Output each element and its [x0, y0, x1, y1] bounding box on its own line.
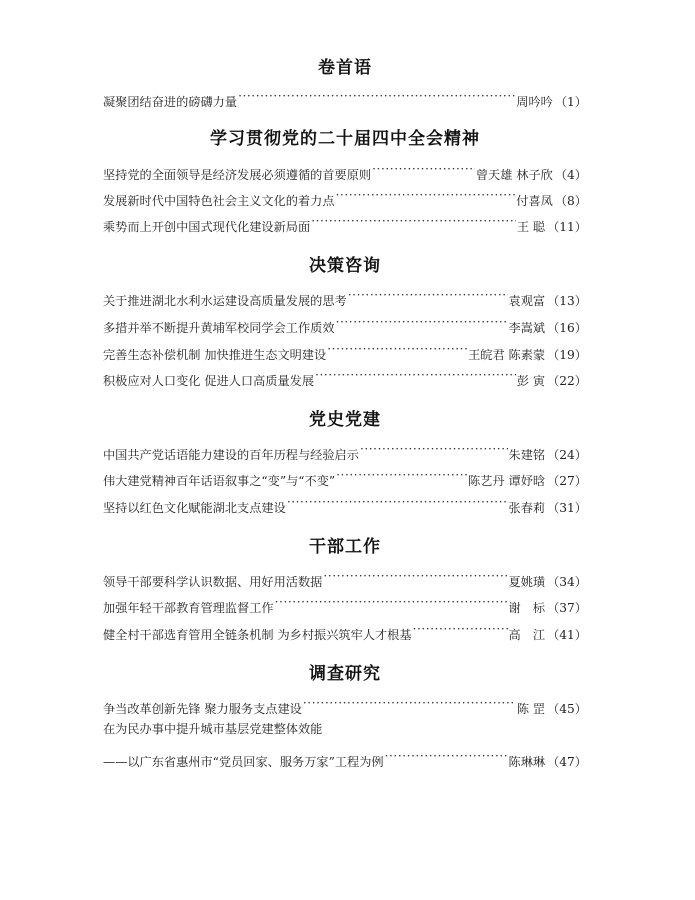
dot-leader: [315, 365, 516, 385]
entry-page: （8）: [555, 191, 587, 211]
toc-entry[interactable]: 关于推进湖北水利水运建设高质量发展的思考 袁观富 （13）: [103, 285, 587, 305]
toc-entry[interactable]: 伟大建党精神百年话语叙事之“变”与“不变” 陈艺丹 谭妤晗 （27）: [103, 465, 587, 485]
entry-author: 王皖君 陈素蒙: [468, 345, 545, 365]
entry-page: （31）: [547, 498, 587, 518]
dot-leader: [311, 211, 516, 231]
dot-leader: [238, 86, 515, 106]
entry-author: 陈艺丹 谭妤晗: [468, 471, 545, 491]
entry-page: （22）: [547, 371, 587, 391]
entry-title: 坚持以红色文化赋能湖北支点建设: [103, 498, 286, 518]
dot-leader: [360, 439, 508, 459]
section-heading-cadre-work: 干部工作: [103, 536, 587, 558]
entry-title: 凝聚团结奋进的磅礴力量: [103, 92, 237, 112]
dot-leader: [327, 339, 467, 359]
section-heading-fourth-plenum: 学习贯彻党的二十届四中全会精神: [103, 128, 587, 150]
toc-entry[interactable]: 中国共产党话语能力建设的百年历程与经验启示 朱建铭 （24）: [103, 439, 587, 459]
toc-entry[interactable]: 加强年轻干部教育管理监督工作 谢 标 （37）: [103, 592, 587, 612]
entry-author: 付喜凤: [516, 191, 553, 211]
entry-page: （24）: [547, 445, 587, 465]
section-heading-research: 调查研究: [103, 663, 587, 685]
entry-page: （37）: [547, 598, 587, 618]
toc-entry[interactable]: 争当改革创新先锋 聚力服务支点建设 陈 罡 （45）: [103, 693, 587, 713]
entry-subtitle: ——以广东省惠州市“党员回家、服务万家”工程为例: [103, 752, 384, 772]
entry-title: 伟大建党精神百年话语叙事之“变”与“不变”: [103, 471, 335, 491]
entry-title: 中国共产党话语能力建设的百年历程与经验启示: [103, 445, 359, 465]
toc-entry-subtitle-line[interactable]: ——以广东省惠州市“党员回家、服务万家”工程为例 陈琳琳 （47）: [103, 746, 587, 766]
entry-title: 发展新时代中国特色社会主义文化的着力点: [103, 191, 335, 211]
entry-title: 关于推进湖北水利水运建设高质量发展的思考: [103, 291, 347, 311]
toc-entry[interactable]: 领导干部要科学认识数据、用好用活数据 夏姚璜 （34）: [103, 566, 587, 586]
entry-title: 积极应对人口变化 促进人口高质量发展: [103, 371, 314, 391]
entry-author: 高 江: [509, 625, 546, 645]
entry-page: （41）: [547, 625, 587, 645]
entry-author: 周吟吟: [516, 92, 553, 112]
dot-leader: [275, 592, 508, 612]
dot-leader: [348, 285, 508, 305]
toc-entry[interactable]: 凝聚团结奋进的磅礴力量 周吟吟 （1）: [103, 86, 587, 106]
toc-entry[interactable]: 坚持以红色文化赋能湖北支点建设 张春莉 （31）: [103, 492, 587, 512]
toc-entry[interactable]: 完善生态补偿机制 加快推进生态文明建设 王皖君 陈素蒙 （19）: [103, 339, 587, 359]
entry-author: 陈 罡: [517, 699, 545, 719]
entry-title: 加强年轻干部教育管理监督工作: [103, 598, 274, 618]
entry-page: （27）: [547, 471, 587, 491]
entry-title: 坚持党的全面领导是经济发展必须遵循的首要原则: [103, 165, 371, 185]
entry-page: （1）: [555, 92, 587, 112]
entry-page: （4）: [555, 165, 587, 185]
toc-entry[interactable]: 健全村干部选育管用全链条机制 为乡村振兴筑牢人才根基 高 江 （41）: [103, 619, 587, 639]
entry-title: 争当改革创新先锋 聚力服务支点建设: [103, 699, 302, 719]
toc-entry-title-line[interactable]: 在为民办事中提升城市基层党建整体效能: [103, 719, 587, 739]
dot-leader: [413, 619, 508, 639]
entry-title: 领导干部要科学认识数据、用好用活数据: [103, 572, 322, 592]
section-heading-foreword: 卷首语: [103, 57, 587, 79]
entry-page: （13）: [547, 291, 587, 311]
dot-leader: [336, 185, 516, 205]
entry-author: 王 聪: [517, 217, 545, 237]
entry-author: 陈琳琳: [509, 752, 546, 772]
dot-leader: [336, 312, 508, 332]
toc-entry[interactable]: 积极应对人口变化 促进人口高质量发展 彭 寅 （22）: [103, 365, 587, 385]
section-heading-party-history: 党史党建: [103, 409, 587, 431]
entry-page: （11）: [547, 217, 587, 237]
dot-leader: [287, 492, 508, 512]
entry-title: 健全村干部选育管用全链条机制 为乡村振兴筑牢人才根基: [103, 625, 412, 645]
entry-author: 张春莉: [509, 498, 546, 518]
entry-author: 李嵩斌: [509, 318, 546, 338]
entry-author: 彭 寅: [517, 371, 545, 391]
entry-title: 完善生态补偿机制 加快推进生态文明建设: [103, 345, 326, 365]
entry-author: 曾天雄 林子欣: [476, 165, 553, 185]
entry-author: 袁观富: [509, 291, 546, 311]
section-heading-policy-consulting: 决策咨询: [103, 255, 587, 277]
dot-leader: [336, 465, 467, 485]
entry-author: 谢 标: [509, 598, 546, 618]
dot-leader: [372, 159, 475, 179]
entry-author: 夏姚璜: [509, 572, 546, 592]
toc-entry[interactable]: 多措并举不断提升黄埔军校同学会工作质效 李嵩斌 （16）: [103, 312, 587, 332]
entry-page: （19）: [547, 345, 587, 365]
dot-leader: [385, 746, 508, 766]
entry-page: （47）: [547, 752, 587, 772]
entry-page: （45）: [547, 699, 587, 719]
dot-leader: [323, 566, 507, 586]
entry-page: （16）: [547, 318, 587, 338]
entry-title: 乘势而上开创中国式现代化建设新局面: [103, 217, 310, 237]
entry-author: 朱建铭: [509, 445, 546, 465]
toc-entry[interactable]: 坚持党的全面领导是经济发展必须遵循的首要原则 曾天雄 林子欣 （4）: [103, 159, 587, 179]
entry-title: 在为民办事中提升城市基层党建整体效能: [103, 719, 587, 739]
toc-entry[interactable]: 乘势而上开创中国式现代化建设新局面 王 聪 （11）: [103, 211, 587, 231]
entry-page: （34）: [547, 572, 587, 592]
entry-title: 多措并举不断提升黄埔军校同学会工作质效: [103, 318, 335, 338]
toc-entry[interactable]: 发展新时代中国特色社会主义文化的着力点 付喜凤 （8）: [103, 185, 587, 205]
dot-leader: [303, 693, 516, 713]
